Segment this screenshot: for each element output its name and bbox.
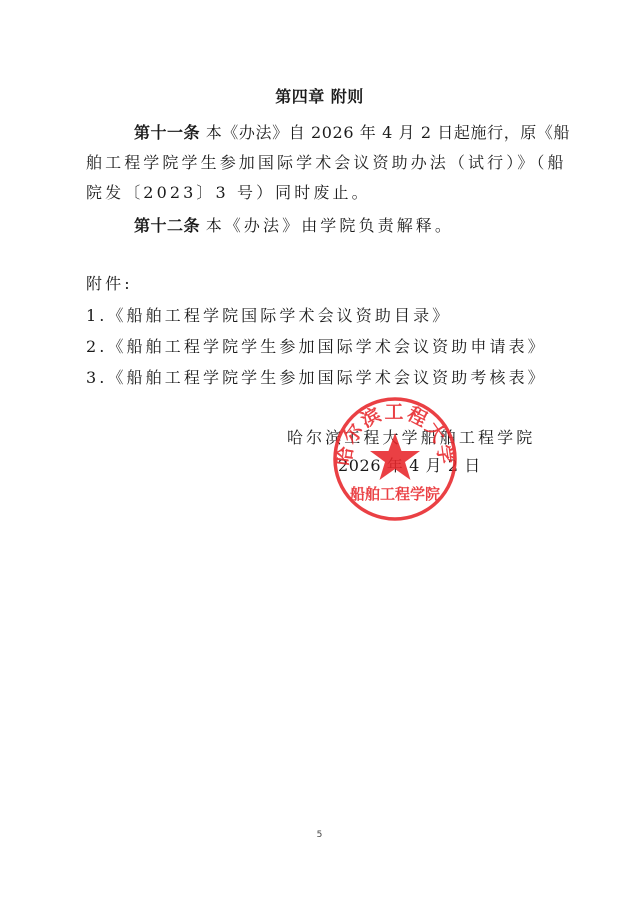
page-number: 5 xyxy=(0,830,639,840)
article-12-line-1: 第十二条 本《办法》由学院负责解释。 xyxy=(134,216,454,236)
article-11-line-1: 第十一条 本《办法》自 2026 年 4 月 2 日起施行，原《船 xyxy=(134,123,570,143)
attachment-item-1: 1.《船舶工程学院国际学术会议资助目录》 xyxy=(86,306,451,326)
signature-organization: 哈尔滨工程大学船舶工程学院 xyxy=(287,428,535,448)
article-12-label: 第十二条 xyxy=(134,216,200,235)
article-11-line-3: 院发〔2023〕3 号）同时废止。 xyxy=(86,183,371,203)
chapter-heading: 第四章 附则 xyxy=(0,87,639,107)
article-12-text-1: 本《办法》由学院负责解释。 xyxy=(206,216,454,235)
document-page: 第四章 附则 第十一条 本《办法》自 2026 年 4 月 2 日起施行，原《船… xyxy=(0,0,639,904)
attachment-item-2: 2.《船舶工程学院学生参加国际学术会议资助申请表》 xyxy=(86,337,547,357)
attachment-item-3: 3.《船舶工程学院学生参加国际学术会议资助考核表》 xyxy=(86,368,547,388)
article-11-line-2: 舶工程学院学生参加国际学术会议资助办法（试行）》（船 xyxy=(86,153,567,173)
article-11-label: 第十一条 xyxy=(134,123,200,142)
signature-date: 2026 年 4 月 2 日 xyxy=(338,456,481,476)
attachments-title: 附件: xyxy=(86,274,133,294)
seal-bottom-text: 船舶工程学院 xyxy=(349,485,440,503)
article-11-text-1: 本《办法》自 2026 年 4 月 2 日起施行，原《船 xyxy=(206,123,570,142)
